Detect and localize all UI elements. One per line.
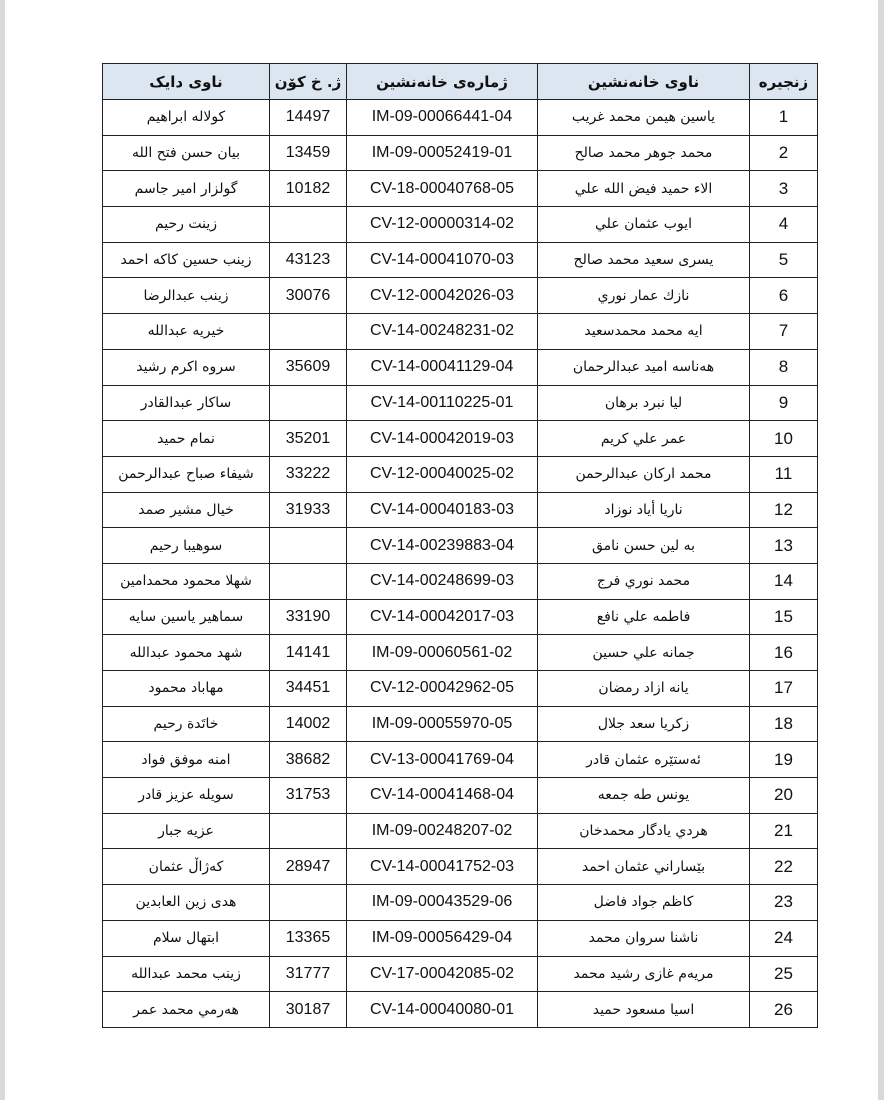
table-row: 2محمد جوهر محمد صالحIM-09-00052419-01134…	[103, 135, 818, 171]
seq-cell: 19	[750, 742, 818, 778]
pensioner-id-cell: CV-14-00040080-01	[347, 992, 538, 1028]
table-row: 5يسرى سعيد محمد صالحCV-14-00041070-03431…	[103, 242, 818, 278]
old-id-cell: 14002	[270, 706, 347, 742]
name-cell: ياسين هيمن محمد غريب	[538, 100, 750, 136]
name-cell: ناريا أياد نوزاد	[538, 492, 750, 528]
mother-name-cell: گولزار امير جاسم	[103, 171, 270, 207]
seq-cell: 4	[750, 207, 818, 243]
name-cell: ئەستێره عثمان قادر	[538, 742, 750, 778]
table-row: 6نازك عمار نوريCV-12-00042026-0330076زين…	[103, 278, 818, 314]
table-row: 1ياسين هيمن محمد غريبIM-09-00066441-0414…	[103, 100, 818, 136]
table-row: 13به لين حسن نامقCV-14-00239883-04سوهيبا…	[103, 528, 818, 564]
name-cell: اسيا مسعود حميد	[538, 992, 750, 1028]
table-row: 12ناريا أياد نوزادCV-14-00040183-0331933…	[103, 492, 818, 528]
pensioner-id-cell: CV-14-00110225-01	[347, 385, 538, 421]
table-row: 9ليا نبرد برهانCV-14-00110225-01ساكار عب…	[103, 385, 818, 421]
table-row: 17يانه ازاد رمضانCV-12-00042962-0534451م…	[103, 671, 818, 707]
mother-name-cell: سروه اكرم رشيد	[103, 349, 270, 385]
name-cell: نازك عمار نوري	[538, 278, 750, 314]
pensioner-id-cell: CV-17-00042085-02	[347, 956, 538, 992]
table-row: 4ايوب عثمان عليCV-12-00000314-02زينت رحي…	[103, 207, 818, 243]
mother-name-cell: ساكار عبدالقادر	[103, 385, 270, 421]
header-mother-name: ناوی دایک	[103, 64, 270, 100]
old-id-cell: 13365	[270, 920, 347, 956]
seq-cell: 1	[750, 100, 818, 136]
seq-cell: 12	[750, 492, 818, 528]
pensioner-id-cell: CV-14-00042019-03	[347, 421, 538, 457]
seq-cell: 5	[750, 242, 818, 278]
name-cell: زكريا سعد جلال	[538, 706, 750, 742]
old-id-cell: 10182	[270, 171, 347, 207]
pensioner-id-cell: IM-09-00052419-01	[347, 135, 538, 171]
table-row: 15فاطمه علي نافعCV-14-00042017-0333190سم…	[103, 599, 818, 635]
old-id-cell	[270, 528, 347, 564]
old-id-cell: 30187	[270, 992, 347, 1028]
seq-cell: 11	[750, 456, 818, 492]
mother-name-cell: خيال مشير صمد	[103, 492, 270, 528]
seq-cell: 17	[750, 671, 818, 707]
name-cell: هردي يادگار محمدخان	[538, 813, 750, 849]
old-id-cell: 38682	[270, 742, 347, 778]
pensioner-id-cell: CV-14-00248699-03	[347, 563, 538, 599]
mother-name-cell: خاتَدة رحيم	[103, 706, 270, 742]
seq-cell: 2	[750, 135, 818, 171]
old-id-cell: 31753	[270, 778, 347, 814]
old-id-cell: 33222	[270, 456, 347, 492]
page-edge-right	[878, 0, 884, 1100]
seq-cell: 25	[750, 956, 818, 992]
table-row: 18زكريا سعد جلالIM-09-00055970-0514002خا…	[103, 706, 818, 742]
mother-name-cell: هەرمي محمد عمر	[103, 992, 270, 1028]
name-cell: الاء حميد فيض الله علي	[538, 171, 750, 207]
name-cell: يونس طه جمعه	[538, 778, 750, 814]
table-row: 3الاء حميد فيض الله عليCV-18-00040768-05…	[103, 171, 818, 207]
mother-name-cell: زينب محمد عبدالله	[103, 956, 270, 992]
pensioner-id-cell: CV-18-00040768-05	[347, 171, 538, 207]
old-id-cell	[270, 563, 347, 599]
mother-name-cell: شهلا محمود محمدامين	[103, 563, 270, 599]
page-edge-left	[0, 0, 5, 1100]
name-cell: به لين حسن نامق	[538, 528, 750, 564]
mother-name-cell: هدى زين العابدين	[103, 885, 270, 921]
seq-cell: 7	[750, 314, 818, 350]
mother-name-cell: كەژاڵ عثمان	[103, 849, 270, 885]
seq-cell: 9	[750, 385, 818, 421]
name-cell: ليا نبرد برهان	[538, 385, 750, 421]
mother-name-cell: زينت رحيم	[103, 207, 270, 243]
old-id-cell	[270, 885, 347, 921]
pensioner-id-cell: CV-12-00042026-03	[347, 278, 538, 314]
name-cell: هەناسه اميد عبدالرحمان	[538, 349, 750, 385]
seq-cell: 10	[750, 421, 818, 457]
mother-name-cell: زينب حسين كاكه احمد	[103, 242, 270, 278]
table-row: 25مريەم غازى رشيد محمدCV-17-00042085-023…	[103, 956, 818, 992]
old-id-cell: 35201	[270, 421, 347, 457]
seq-cell: 15	[750, 599, 818, 635]
table-row: 16جمانه علي حسينIM-09-00060561-0214141شه…	[103, 635, 818, 671]
table-body: 1ياسين هيمن محمد غريبIM-09-00066441-0414…	[103, 100, 818, 1028]
pensioner-id-cell: IM-09-00066441-04	[347, 100, 538, 136]
name-cell: ناشنا سروان محمد	[538, 920, 750, 956]
old-id-cell	[270, 207, 347, 243]
header-old-id: ژ. خ كۆن	[270, 64, 347, 100]
old-id-cell: 31933	[270, 492, 347, 528]
pensioner-id-cell: CV-14-00041752-03	[347, 849, 538, 885]
pensioner-id-cell: CV-12-00000314-02	[347, 207, 538, 243]
table-row: 11محمد اركان عبدالرحمنCV-12-00040025-023…	[103, 456, 818, 492]
mother-name-cell: شيفاء صباح عبدالرحمن	[103, 456, 270, 492]
old-id-cell: 14497	[270, 100, 347, 136]
table-row: 7ايه محمد محمدسعيدCV-14-00248231-02خيريه…	[103, 314, 818, 350]
table-row: 23كاظم جواد فاضلIM-09-00043529-06هدى زين…	[103, 885, 818, 921]
pensioner-id-cell: CV-12-00042962-05	[347, 671, 538, 707]
table-row: 14محمد نوري فرجCV-14-00248699-03شهلا محم…	[103, 563, 818, 599]
table-row: 19ئەستێره عثمان قادرCV-13-00041769-04386…	[103, 742, 818, 778]
seq-cell: 26	[750, 992, 818, 1028]
name-cell: يانه ازاد رمضان	[538, 671, 750, 707]
pensioner-id-cell: IM-09-00248207-02	[347, 813, 538, 849]
pensioner-id-cell: CV-14-00239883-04	[347, 528, 538, 564]
table-row: 22بێساراني عثمان احمدCV-14-00041752-0328…	[103, 849, 818, 885]
pensioner-id-cell: CV-14-00248231-02	[347, 314, 538, 350]
mother-name-cell: امنه موفق فواد	[103, 742, 270, 778]
name-cell: كاظم جواد فاضل	[538, 885, 750, 921]
name-cell: يسرى سعيد محمد صالح	[538, 242, 750, 278]
seq-cell: 14	[750, 563, 818, 599]
seq-cell: 20	[750, 778, 818, 814]
pensioner-id-cell: IM-09-00056429-04	[347, 920, 538, 956]
mother-name-cell: مهاباد محمود	[103, 671, 270, 707]
name-cell: محمد نوري فرج	[538, 563, 750, 599]
pensioner-id-cell: CV-12-00040025-02	[347, 456, 538, 492]
mother-name-cell: كولاله ابراهيم	[103, 100, 270, 136]
table-header-row: زنجیره ناوی خانەنشین ژمارەی خانەنشین ژ. …	[103, 64, 818, 100]
name-cell: ايوب عثمان علي	[538, 207, 750, 243]
mother-name-cell: عزيه جبار	[103, 813, 270, 849]
mother-name-cell: ابتهال سلام	[103, 920, 270, 956]
table-row: 8هەناسه اميد عبدالرحمانCV-14-00041129-04…	[103, 349, 818, 385]
seq-cell: 16	[750, 635, 818, 671]
old-id-cell: 31777	[270, 956, 347, 992]
seq-cell: 23	[750, 885, 818, 921]
old-id-cell	[270, 385, 347, 421]
table-row: 10عمر علي كريمCV-14-00042019-0335201نمام…	[103, 421, 818, 457]
table-row: 26اسيا مسعود حميدCV-14-00040080-0130187ه…	[103, 992, 818, 1028]
name-cell: فاطمه علي نافع	[538, 599, 750, 635]
pensioner-id-cell: CV-14-00041070-03	[347, 242, 538, 278]
pensioner-id-cell: CV-14-00041468-04	[347, 778, 538, 814]
old-id-cell: 34451	[270, 671, 347, 707]
seq-cell: 8	[750, 349, 818, 385]
old-id-cell: 30076	[270, 278, 347, 314]
header-pensioner-id: ژمارەی خانەنشین	[347, 64, 538, 100]
seq-cell: 6	[750, 278, 818, 314]
header-name: ناوی خانەنشین	[538, 64, 750, 100]
mother-name-cell: سوهيبا رحيم	[103, 528, 270, 564]
table-row: 20يونس طه جمعهCV-14-00041468-0431753سويل…	[103, 778, 818, 814]
mother-name-cell: نمام حميد	[103, 421, 270, 457]
name-cell: ايه محمد محمدسعيد	[538, 314, 750, 350]
mother-name-cell: زينب عبدالرضا	[103, 278, 270, 314]
seq-cell: 18	[750, 706, 818, 742]
seq-cell: 22	[750, 849, 818, 885]
pensioner-id-cell: IM-09-00055970-05	[347, 706, 538, 742]
pensioner-id-cell: CV-14-00041129-04	[347, 349, 538, 385]
name-cell: محمد اركان عبدالرحمن	[538, 456, 750, 492]
name-cell: محمد جوهر محمد صالح	[538, 135, 750, 171]
name-cell: مريەم غازى رشيد محمد	[538, 956, 750, 992]
pensioner-id-cell: CV-13-00041769-04	[347, 742, 538, 778]
seq-cell: 13	[750, 528, 818, 564]
mother-name-cell: خيريه عبدالله	[103, 314, 270, 350]
old-id-cell: 13459	[270, 135, 347, 171]
table-row: 24ناشنا سروان محمدIM-09-00056429-0413365…	[103, 920, 818, 956]
mother-name-cell: سويله عزيز قادر	[103, 778, 270, 814]
mother-name-cell: بيان حسن فتح الله	[103, 135, 270, 171]
pensioner-table: زنجیره ناوی خانەنشین ژمارەی خانەنشین ژ. …	[102, 63, 818, 1028]
old-id-cell	[270, 314, 347, 350]
pensioner-id-cell: IM-09-00043529-06	[347, 885, 538, 921]
seq-cell: 21	[750, 813, 818, 849]
old-id-cell: 28947	[270, 849, 347, 885]
name-cell: عمر علي كريم	[538, 421, 750, 457]
mother-name-cell: شهد محمود عبدالله	[103, 635, 270, 671]
old-id-cell: 14141	[270, 635, 347, 671]
old-id-cell: 35609	[270, 349, 347, 385]
old-id-cell: 33190	[270, 599, 347, 635]
seq-cell: 24	[750, 920, 818, 956]
table-row: 21هردي يادگار محمدخانIM-09-00248207-02عز…	[103, 813, 818, 849]
pensioner-id-cell: CV-14-00042017-03	[347, 599, 538, 635]
seq-cell: 3	[750, 171, 818, 207]
pensioner-id-cell: CV-14-00040183-03	[347, 492, 538, 528]
pensioner-id-cell: IM-09-00060561-02	[347, 635, 538, 671]
old-id-cell	[270, 813, 347, 849]
old-id-cell: 43123	[270, 242, 347, 278]
name-cell: بێساراني عثمان احمد	[538, 849, 750, 885]
name-cell: جمانه علي حسين	[538, 635, 750, 671]
mother-name-cell: سماهير ياسين سايه	[103, 599, 270, 635]
header-seq: زنجیره	[750, 64, 818, 100]
